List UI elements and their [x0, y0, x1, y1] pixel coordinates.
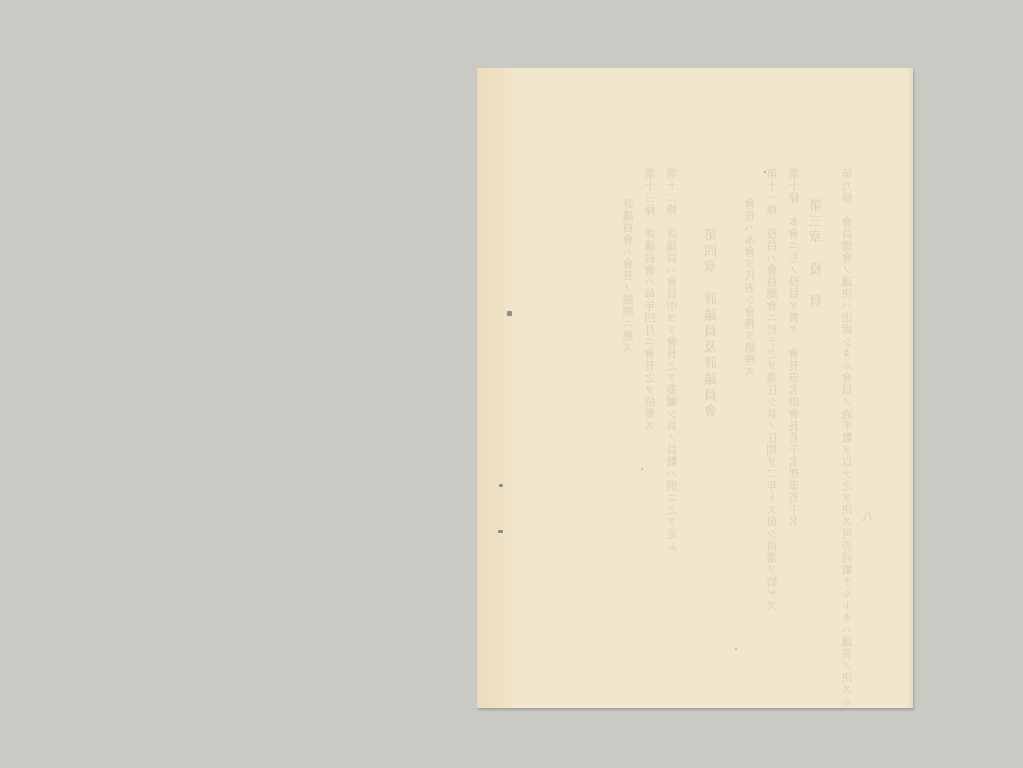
page-right-edge: [907, 68, 913, 708]
binding-hole-mark: [498, 530, 503, 533]
show-through-heading: 第三章 役 員: [812, 198, 824, 310]
show-through-heading: 第四章 評議員及評議員會: [707, 228, 719, 420]
show-through-text-column: 會長ハ本會ヲ代表シ會務ヲ總理ス: [745, 198, 757, 378]
paper-speck: [735, 648, 737, 650]
paper-speck: [641, 468, 643, 470]
show-through-text-column: 評議員會ハ會長ノ諮問ニ應ズ: [623, 198, 635, 354]
binding-hole-mark: [499, 484, 503, 487]
document-page: 第九條 會員總會ノ議決ハ出席シタル會員ノ過半數ヲ以テ之ヲ決ス可否同數ナルトキハ議…: [477, 68, 913, 708]
page-number: 八: [862, 508, 873, 524]
show-through-text-column: 第十二條 評議員ハ會員中ヨリ會長之ヲ委囑シ其ノ員數ハ別ニ之ヲ定ム: [667, 168, 679, 552]
show-through-text-column: 第十三條 評議員會ハ毎年四月ニ會長之ヲ招集ス: [645, 168, 657, 432]
show-through-text-column: 第十條 本會ニ左ノ役員ヲ置ク 會長壹名副會長若干名理事若干名: [789, 168, 801, 528]
show-through-text-column: 第九條 會員總會ノ議決ハ出席シタル會員ノ過半數ヲ以テ之ヲ決ス可否同數ナルトキハ議…: [842, 168, 854, 708]
page-binding-edge: [477, 68, 517, 708]
show-through-text-column: 第十一條 役員ハ會員總會ニ於テ之ヲ選任シ其ノ任期ヲ二年トス但シ再選ヲ妨ゲズ: [767, 168, 779, 612]
binding-hole-mark: [507, 311, 512, 316]
